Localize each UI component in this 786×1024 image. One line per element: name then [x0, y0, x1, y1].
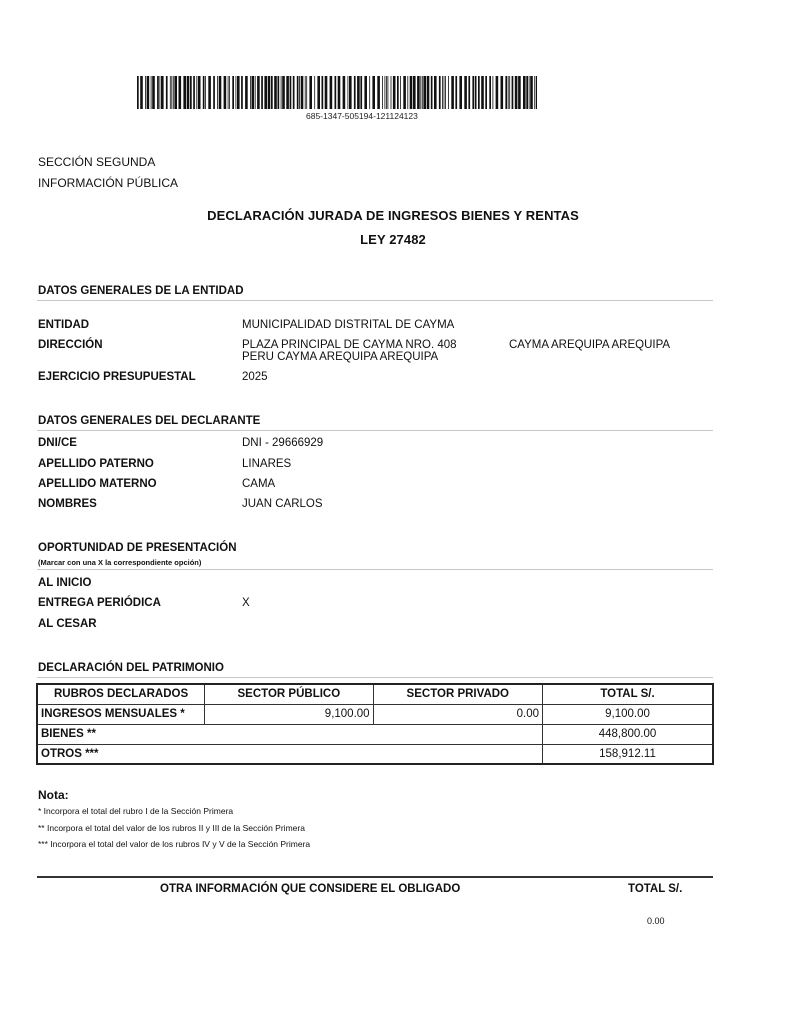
- divider: [37, 300, 713, 301]
- apellido-paterno-label: APELLIDO PATERNO: [38, 458, 154, 470]
- patrimonio-table: RUBROS DECLARADOS SECTOR PÚBLICO SECTOR …: [36, 683, 714, 765]
- nota-item: ** Incorpora el total del valor de los r…: [38, 823, 305, 833]
- table-row: OTROS *** 158,912.11: [37, 744, 713, 764]
- entidad-label: ENTIDAD: [38, 319, 89, 331]
- divider: [37, 569, 713, 570]
- dni-label: DNI/CE: [38, 437, 77, 449]
- apellido-materno-label: APELLIDO MATERNO: [38, 478, 157, 490]
- nombres-value: JUAN CARLOS: [242, 498, 323, 510]
- table-row: INGRESOS MENSUALES * 9,100.00 0.00 9,100…: [37, 704, 713, 724]
- total-value: 158,912.11: [543, 744, 714, 764]
- oportunidad-instruction: (Marcar con una X la correspondiente opc…: [38, 558, 201, 567]
- entidad-heading: DATOS GENERALES DE LA ENTIDAD: [38, 285, 244, 297]
- apellido-materno-value: CAMA: [242, 478, 275, 490]
- entrega-periodica-label: ENTREGA PERIÓDICA: [38, 597, 161, 609]
- sector-privado-value: 0.00: [373, 704, 542, 724]
- declarante-heading: DATOS GENERALES DEL DECLARANTE: [38, 415, 260, 427]
- total-value: 448,800.00: [543, 724, 714, 744]
- al-inicio-label: AL INICIO: [38, 577, 91, 589]
- nota-item: * Incorpora el total del rubro I de la S…: [38, 806, 233, 816]
- ejercicio-value: 2025: [242, 371, 268, 383]
- row-label: INGRESOS MENSUALES *: [37, 704, 205, 724]
- law-title: LEY 27482: [0, 232, 786, 247]
- entidad-value: MUNICIPALIDAD DISTRITAL DE CAYMA: [242, 319, 454, 331]
- patrimonio-heading: DECLARACIÓN DEL PATRIMONIO: [38, 662, 224, 674]
- otra-info-total-label: TOTAL S/.: [628, 883, 682, 895]
- divider: [37, 677, 713, 678]
- oportunidad-heading: OPORTUNIDAD DE PRESENTACIÓN: [38, 542, 237, 554]
- sector-publico-value: 9,100.00: [205, 704, 373, 724]
- column-header: RUBROS DECLARADOS: [37, 684, 205, 704]
- direccion-label: DIRECCIÓN: [38, 339, 103, 351]
- direccion-value: PLAZA PRINCIPAL DE CAYMA NRO. 408: [242, 339, 457, 351]
- nota-item: *** Incorpora el total del valor de los …: [38, 839, 310, 849]
- column-header: SECTOR PRIVADO: [373, 684, 542, 704]
- divider: [37, 430, 713, 431]
- table-row: BIENES ** 448,800.00: [37, 724, 713, 744]
- otra-info-heading: OTRA INFORMACIÓN QUE CONSIDERE EL OBLIGA…: [160, 883, 460, 895]
- subsection-label: INFORMACIÓN PÚBLICA: [38, 176, 178, 190]
- row-label: OTROS ***: [37, 744, 543, 764]
- direccion-value-line2: PERU CAYMA AREQUIPA AREQUIPA: [242, 351, 438, 363]
- otra-info-total-value: 0.00: [647, 916, 665, 926]
- dni-value: DNI - 29666929: [242, 437, 323, 449]
- entrega-periodica-mark: X: [242, 597, 250, 609]
- ejercicio-label: EJERCICIO PRESUPUESTAL: [38, 371, 196, 383]
- row-label: BIENES **: [37, 724, 543, 744]
- nota-heading: Nota:: [38, 788, 69, 802]
- table-header-row: RUBROS DECLARADOS SECTOR PÚBLICO SECTOR …: [37, 684, 713, 704]
- barcode-icon: [137, 76, 537, 109]
- document-title: DECLARACIÓN JURADA DE INGRESOS BIENES Y …: [0, 208, 786, 223]
- al-cesar-label: AL CESAR: [38, 618, 97, 630]
- divider: [37, 876, 713, 878]
- nombres-label: NOMBRES: [38, 498, 97, 510]
- column-header: SECTOR PÚBLICO: [205, 684, 373, 704]
- direccion-extra: CAYMA AREQUIPA AREQUIPA: [509, 339, 670, 351]
- section-label: SECCIÓN SEGUNDA: [38, 155, 155, 169]
- column-header: TOTAL S/.: [543, 684, 714, 704]
- apellido-paterno-value: LINARES: [242, 458, 291, 470]
- total-value: 9,100.00: [543, 704, 714, 724]
